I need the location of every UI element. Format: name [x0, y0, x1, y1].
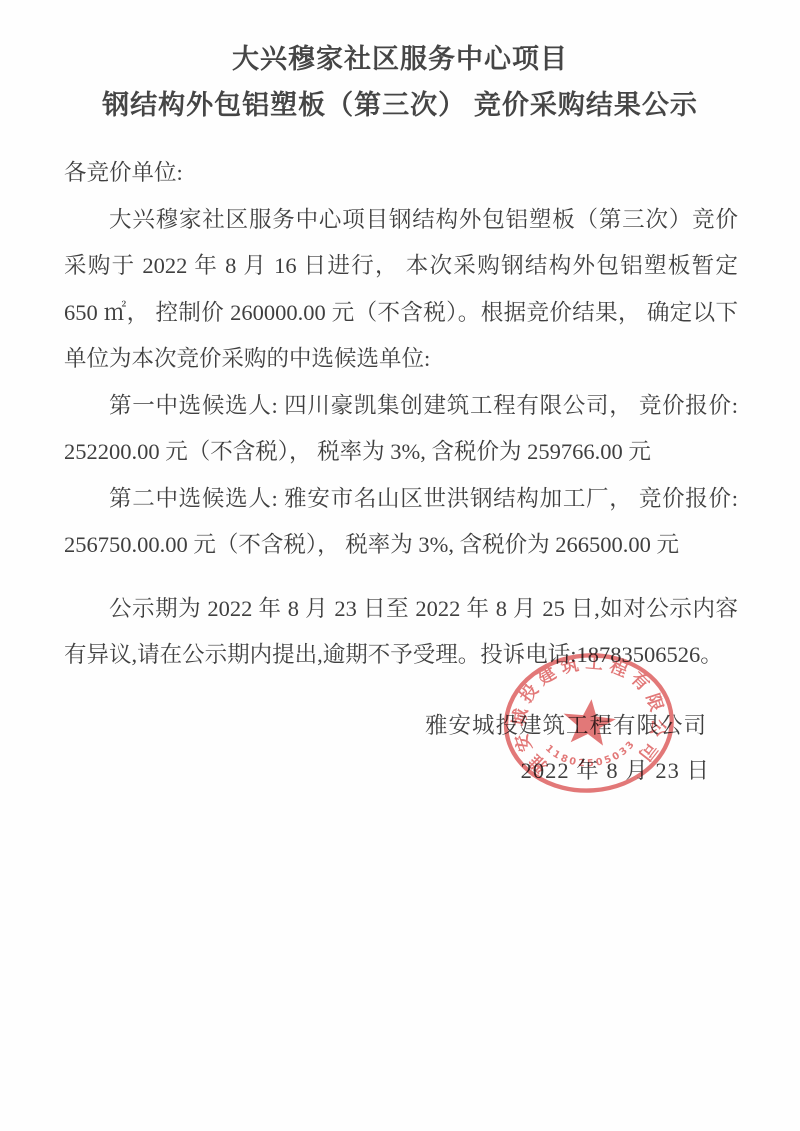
signature-block: 雅安城投建筑工程有限公司 2022 年 8 月 23 日 — [0, 703, 800, 793]
title-line-1: 大兴穆家社区服务中心项目 — [0, 36, 800, 82]
paragraph-notice: 公示期为 2022 年 8 月 23 日至 2022 年 8 月 25 日,如对… — [64, 586, 738, 679]
title-line-2: 钢结构外包铝塑板（第三次） 竞价采购结果公示 — [0, 82, 800, 128]
signature-company: 雅安城投建筑工程有限公司 — [0, 703, 800, 748]
signature-date: 2022 年 8 月 23 日 — [0, 748, 800, 793]
paragraph-intro: 大兴穆家社区服务中心项目钢结构外包铝塑板（第三次）竞价采购于 2022 年 8 … — [64, 197, 738, 383]
paragraph-candidate-1: 第一中选候选人: 四川豪凯集创建筑工程有限公司， 竞价报价: 252200.00… — [64, 383, 738, 476]
document-body: 各竞价单位: 大兴穆家社区服务中心项目钢结构外包铝塑板（第三次）竞价采购于 20… — [64, 150, 738, 679]
paragraph-candidate-2: 第二中选候选人: 雅安市名山区世洪钢结构加工厂， 竞价报价: 256750.00… — [64, 476, 738, 569]
salutation: 各竞价单位: — [64, 150, 738, 197]
announcement-document: 大兴穆家社区服务中心项目 钢结构外包铝塑板（第三次） 竞价采购结果公示 各竞价单… — [0, 0, 800, 1131]
document-title: 大兴穆家社区服务中心项目 钢结构外包铝塑板（第三次） 竞价采购结果公示 — [0, 0, 800, 128]
